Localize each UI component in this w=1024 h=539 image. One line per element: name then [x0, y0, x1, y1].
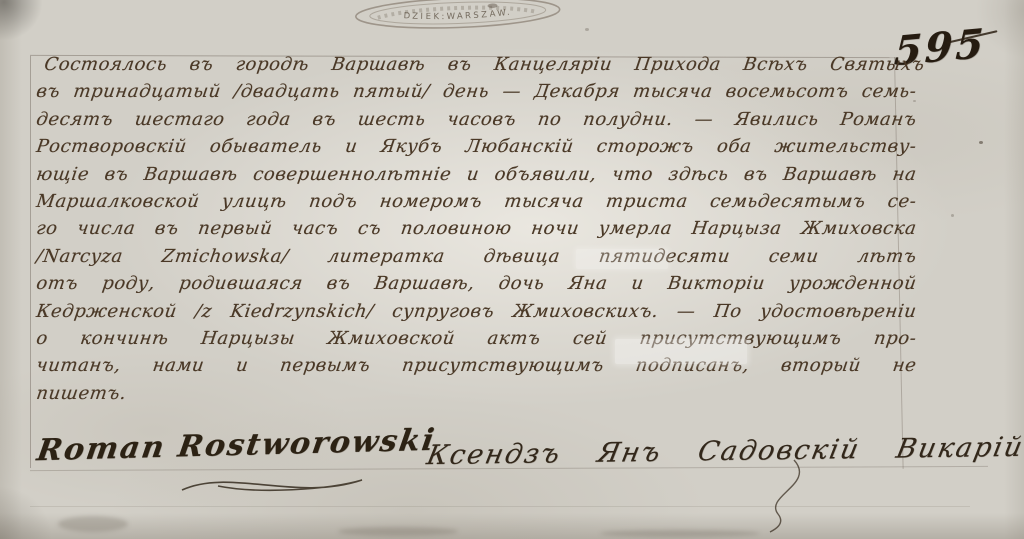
paper-speck — [585, 28, 589, 31]
signature-flourish-left — [178, 474, 368, 498]
text-line: отъ роду, родившаяся въ Варшавѣ, дочь Ян… — [34, 273, 918, 300]
document-page: DZIEK:WARSZAW. 595 Состоялось въ городѣ … — [0, 0, 1024, 539]
text-line: Ростворовскій обыватель и Якубъ Любанскі… — [34, 136, 918, 163]
edge-smudge — [58, 516, 128, 532]
stamp-ink-blot — [487, 3, 497, 8]
record-text: Состоялось въ городѣ Варшавѣ въ Канцеляр… — [36, 54, 916, 410]
official-stamp: DZIEK:WARSZAW. — [351, 0, 564, 46]
edge-smudge — [600, 530, 760, 537]
paper-speck — [979, 141, 983, 144]
stamp-graphic: DZIEK:WARSZAW. — [351, 0, 564, 46]
text-line: въ тринадцатый /двадцать пятый/ день — Д… — [34, 81, 918, 108]
text-line: Маршалковской улицѣ подъ номеромъ тысяча… — [34, 191, 918, 218]
text-line: десятъ шестаго года въ шесть часовъ по п… — [34, 109, 918, 136]
ruled-line-left — [30, 56, 31, 468]
text-line: Состоялось въ городѣ Варшавѣ въ Канцеляр… — [34, 54, 926, 81]
text-line: /Narcyza Zmichowska/ литератка дѣвица пя… — [34, 246, 918, 273]
signature-flourish-right — [756, 458, 836, 536]
watermark — [576, 249, 668, 269]
paper-speck — [913, 100, 916, 102]
text-line: читанъ, нами и первымъ присутствующимъ п… — [34, 355, 918, 382]
edge-smudge — [338, 527, 458, 536]
text-line: Кедрженской /z Kiedrzynskich/ супруговъ … — [34, 301, 918, 328]
text-line: о кончинѣ Нарцызы Жмиховской актъ сей пр… — [34, 328, 918, 355]
paper-speck — [951, 214, 954, 217]
text-line: пишетъ. — [34, 383, 918, 410]
text-line: ющіе въ Варшавѣ совершеннолѣтніе и объяв… — [34, 164, 918, 191]
watermark — [615, 339, 747, 364]
text-line: го числа въ первый часъ съ половиною ноч… — [34, 218, 918, 245]
signature-declarant: Roman Rostworowski — [35, 423, 439, 468]
